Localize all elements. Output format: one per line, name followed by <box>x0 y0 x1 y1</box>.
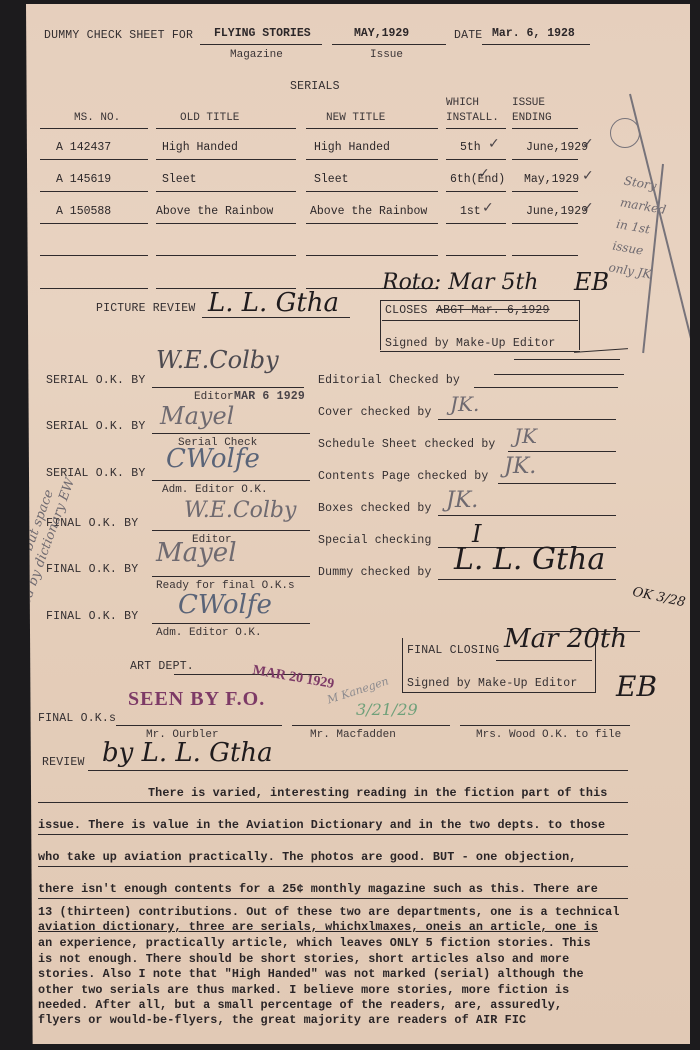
field-underline <box>116 725 282 726</box>
serial-ok-label: SERIAL O.K. BY <box>46 374 145 387</box>
magazine-caption: Magazine <box>230 49 283 61</box>
check-mark-icon: ✓ <box>482 200 494 216</box>
green-note-date: 3/21/29 <box>356 700 418 719</box>
schedule-checked-label: Schedule Sheet checked by <box>318 438 496 451</box>
row-rule <box>156 191 296 192</box>
final-ok-caption: Mr. Macfadden <box>310 729 396 741</box>
row-rule <box>156 159 296 160</box>
check-mark-icon: ✓ <box>478 166 490 182</box>
review-line: stories. Also I note that "High Handed" … <box>38 967 584 981</box>
schedule-initials: JK <box>514 424 537 448</box>
review-rule <box>38 834 628 835</box>
new-title: Sleet <box>314 173 349 186</box>
row-rule <box>306 255 438 256</box>
serials-heading: SERIALS <box>290 80 340 93</box>
review-line: 13 (thirteen) contributions. Out of thes… <box>38 905 620 919</box>
final-ok-label: FINAL O.K. BY <box>46 610 138 623</box>
boxes-checked-label: Boxes checked by <box>318 502 432 515</box>
final-oks-label: FINAL O.K.s <box>38 712 116 725</box>
signature-wolfe: CWolfe <box>178 590 272 620</box>
field-underline <box>152 387 304 388</box>
header-rule <box>40 128 148 129</box>
row-rule <box>40 223 148 224</box>
row-rule <box>306 191 438 192</box>
issue-value: MAY,1929 <box>354 27 409 40</box>
signature-colby: W.E.Colby <box>184 498 296 523</box>
date-value: Mar. 6, 1928 <box>492 27 575 40</box>
field-underline <box>152 623 310 624</box>
sheet-title-label: DUMMY CHECK SHEET FOR <box>44 29 193 42</box>
cover-initials: JK. <box>450 392 479 416</box>
left-margin-note: Placed in issue but space consumed by di… <box>0 456 84 655</box>
cover-checked-label: Cover checked by <box>318 406 432 419</box>
contents-initials: JK. <box>504 454 536 479</box>
signature-wolfe: CWolfe <box>166 444 260 474</box>
issue-underline <box>332 44 446 45</box>
review-line: aviation dictionary, three are serials, … <box>38 920 598 934</box>
col-old-title: OLD TITLE <box>180 112 239 124</box>
row-rule <box>156 223 296 224</box>
box-rule <box>380 351 580 352</box>
ending: June,1929 <box>526 141 588 154</box>
row-rule <box>446 191 506 192</box>
field-underline <box>508 451 616 452</box>
signature-colby: W.E.Colby <box>156 346 279 374</box>
field-underline <box>438 579 616 580</box>
seen-by-stamp: SEEN BY F.O. <box>128 688 265 711</box>
review-rule <box>38 802 628 803</box>
review-line: needed. After all, but a small percentag… <box>38 998 562 1012</box>
header-rule <box>306 128 438 129</box>
row-rule <box>156 255 296 256</box>
date-stamp: MAR 6 1929 <box>234 390 305 403</box>
header-rule <box>512 128 578 129</box>
contents-checked-label: Contents Page checked by <box>318 470 488 483</box>
field-underline <box>438 419 616 420</box>
picture-review-signature: L. L. Gtha <box>208 288 339 318</box>
final-ok-label: FINAL O.K. BY <box>46 563 138 576</box>
row-rule <box>446 255 506 256</box>
box-rule <box>382 320 578 321</box>
final-closing-label: FINAL CLOSING <box>407 644 499 657</box>
closes-date-struck: ABGT Mar. 6,1929 <box>436 304 550 317</box>
field-underline <box>152 530 310 531</box>
row-rule <box>40 159 148 160</box>
ending: May,1929 <box>524 173 579 186</box>
new-title: High Handed <box>314 141 390 154</box>
magazine-underline <box>200 44 322 45</box>
review-rule <box>38 898 628 899</box>
field-underline <box>152 576 310 577</box>
date-underline <box>482 44 590 45</box>
field-underline <box>498 483 616 484</box>
review-line: there isn't enough contents for a 25¢ mo… <box>38 882 598 896</box>
review-signature: by L. L. Gtha <box>102 738 273 768</box>
header-rule <box>446 128 506 129</box>
special-checking-label: Special checking <box>318 534 432 547</box>
check-mark-icon: ✓ <box>582 168 594 184</box>
review-line: other two serials are thus marked. I bel… <box>38 983 569 997</box>
closes-signed-label: Signed by Make-Up Editor <box>385 337 555 350</box>
final-closing-date: Mar 20th <box>504 624 627 654</box>
ending: June,1929 <box>526 205 588 218</box>
col-which-bottom: INSTALL. <box>446 112 499 124</box>
check-mark-icon: ✓ <box>582 200 594 216</box>
field-underline <box>474 387 618 388</box>
dummy-checked-signature: L. L. Gtha <box>454 542 605 577</box>
row-rule <box>40 255 148 256</box>
check-mark-icon: ✓ <box>582 136 594 152</box>
row-rule <box>512 191 578 192</box>
final-closing-signed-label: Signed by Make-Up Editor <box>407 677 577 690</box>
row-rule <box>40 191 148 192</box>
row-rule <box>40 288 148 289</box>
signature-mayel: Mayel <box>156 538 237 568</box>
field-underline <box>460 725 630 726</box>
field-underline <box>438 515 616 516</box>
new-title: Above the Rainbow <box>310 205 427 218</box>
old-title: Above the Rainbow <box>156 205 273 218</box>
row-rule <box>446 159 506 160</box>
magazine-name: FLYING STORIES <box>214 27 311 40</box>
serial-ok-label: SERIAL O.K. BY <box>46 420 145 433</box>
field-caption: Adm. Editor O.K. <box>156 627 262 639</box>
final-ok-caption: Mrs. Wood O.K. to file <box>476 729 621 741</box>
review-line: who take up aviation practically. The ph… <box>38 850 576 864</box>
row-rule <box>306 159 438 160</box>
box-rule <box>380 300 580 301</box>
field-caption: Adm. Editor O.K. <box>162 484 268 496</box>
col-issue-bottom: ENDING <box>512 112 552 124</box>
art-dept-label: ART DEPT. <box>130 660 194 673</box>
picture-review-label: PICTURE REVIEW <box>96 302 195 315</box>
document-page: DUMMY CHECK SHEET FOR FLYING STORIES Mag… <box>26 4 690 1044</box>
header-rule <box>156 128 296 129</box>
ms-no: A 142437 <box>56 141 111 154</box>
signature-mayel: Mayel <box>160 402 234 430</box>
date-label: DATE <box>454 29 482 42</box>
pencil-circle <box>610 118 640 148</box>
pen-stroke <box>494 374 624 375</box>
box-rule <box>496 660 592 661</box>
check-mark-icon: ✓ <box>488 136 500 152</box>
ms-no: A 150588 <box>56 205 111 218</box>
review-line: There is varied, interesting reading in … <box>148 786 607 800</box>
roto-initials: EB <box>574 268 609 296</box>
review-line: issue. There is value in the Aviation Di… <box>38 818 605 832</box>
review-rule <box>38 866 628 867</box>
ok-note: OK 3/28 <box>631 585 687 611</box>
editorial-checked-label: Editorial Checked by <box>318 374 460 387</box>
col-issue-top: ISSUE <box>512 97 545 109</box>
review-line: flyers or would-be-flyers, the great maj… <box>38 1013 526 1027</box>
review-line: is not enough. There should be short sto… <box>38 952 569 966</box>
review-underline <box>88 770 628 771</box>
field-underline <box>152 433 310 434</box>
ms-no: A 145619 <box>56 173 111 186</box>
field-underline <box>292 725 450 726</box>
closes-label: CLOSES <box>385 304 428 317</box>
old-title: Sleet <box>162 173 197 186</box>
box-rule <box>402 692 596 693</box>
row-rule <box>512 223 578 224</box>
pen-stroke <box>514 359 620 360</box>
final-closing-initials: EB <box>616 670 657 703</box>
col-new-title: NEW TITLE <box>326 112 385 124</box>
review-line: an experience, practically article, whic… <box>38 936 591 950</box>
row-rule <box>512 159 578 160</box>
install: 5th <box>460 141 481 154</box>
row-rule <box>446 223 506 224</box>
old-title: High Handed <box>162 141 238 154</box>
col-ms-no: MS. NO. <box>74 112 120 124</box>
row-rule <box>512 255 578 256</box>
col-which-top: WHICH <box>446 97 479 109</box>
dummy-checked-label: Dummy checked by <box>318 566 432 579</box>
issue-caption: Issue <box>370 49 403 61</box>
field-underline <box>152 480 310 481</box>
install: 1st <box>460 205 481 218</box>
roto-note: Roto: Mar 5th <box>382 270 538 295</box>
review-label: REVIEW <box>42 756 85 769</box>
boxes-initials: JK. <box>446 488 478 513</box>
pen-stroke <box>574 348 628 353</box>
row-rule <box>306 223 438 224</box>
